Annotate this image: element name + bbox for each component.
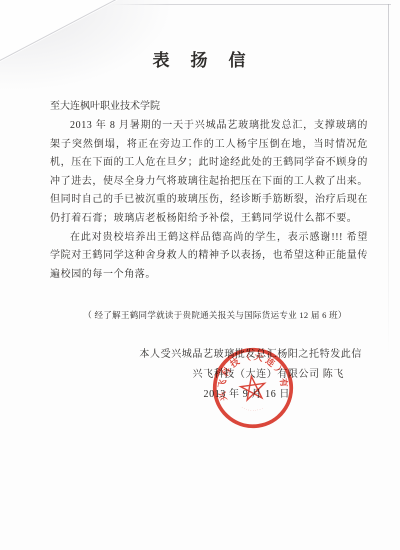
letter-body: 2013 年 8 月暑期的一天于兴城晶艺玻璃批发总汇，支撑玻璃的架子突然倒塌，将… [50,117,368,284]
body-paragraph-1: 2013 年 8 月暑期的一天于兴城晶艺玻璃批发总汇，支撑玻璃的架子突然倒塌，将… [50,117,368,229]
scanned-letter-page: 表 扬 信 至大连枫叶职业技术学院 2013 年 8 月暑期的一天于兴城晶艺玻璃… [0,0,400,550]
signoff-sender-line: 本人受兴城晶艺玻璃批发总汇杨阳之托特发此信 [0,345,400,365]
page-title: 表 扬 信 [0,0,400,71]
body-paragraph-2: 在此对贵校培养出王鹤这样品德高尚的学生，表示感谢!!! 希望学院对王鹤同学这种舍… [50,229,368,285]
salutation: 至大连枫叶职业技术学院 [50,97,400,112]
signoff-date-line: 2013 年 9 月 16 日 [0,385,400,405]
signoff-block: 本人受兴城晶艺玻璃批发总汇杨阳之托特发此信 兴飞科技（大连）有限公司 陈飞 20… [0,345,400,405]
signoff-company-line: 兴飞科技（大连）有限公司 陈飞 [0,365,400,385]
note-line: （ 经了解王鹤同学就读于贵院通关报关与国际货运专业 12 届 6 班） [60,309,370,321]
